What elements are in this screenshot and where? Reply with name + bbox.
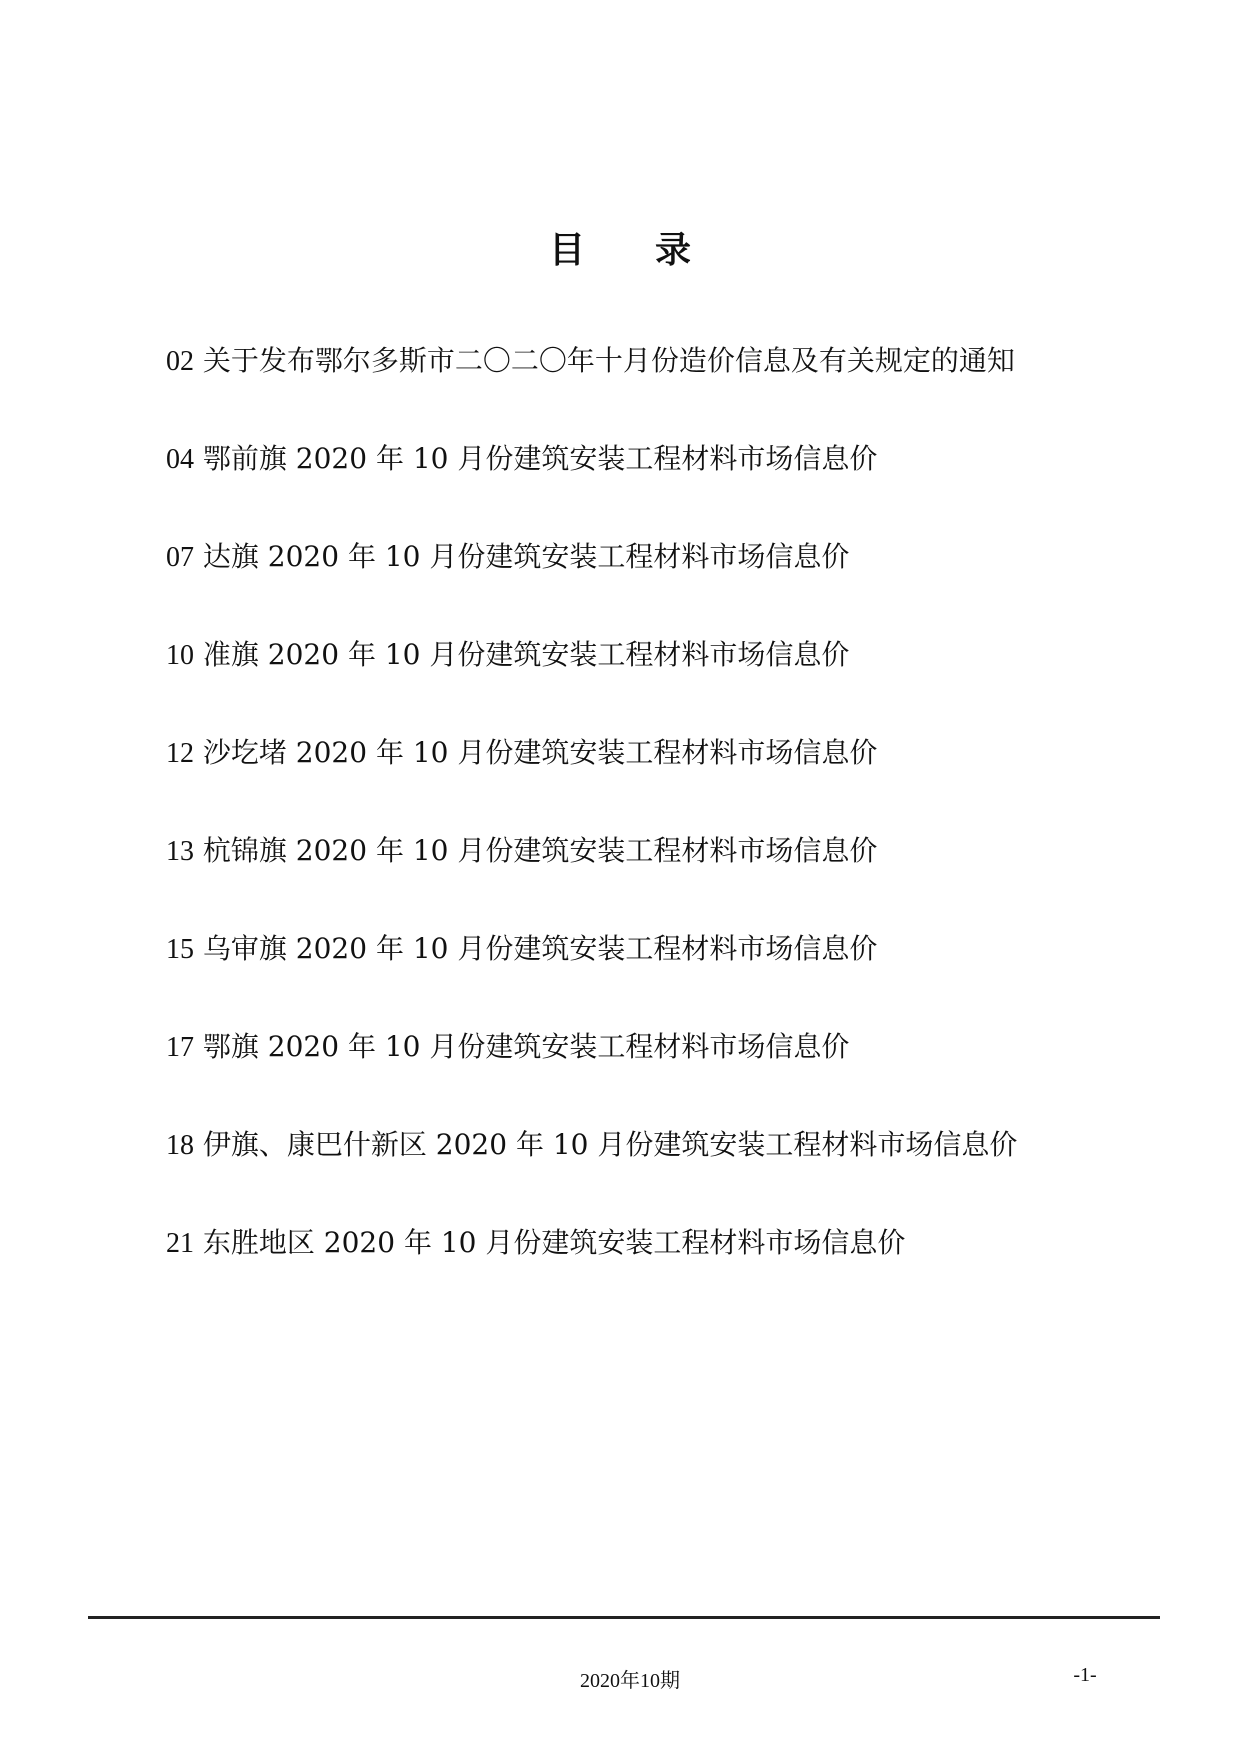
toc-page-number: 15	[166, 934, 194, 965]
toc-entry[interactable]: 18 伊旗、康巴什新区 2020 年 10 月份建筑安装工程材料市场信息价	[166, 1122, 1017, 1220]
page-title: 目录	[0, 222, 1240, 273]
toc-entry[interactable]: 12 沙圪堵 2020 年 10 月份建筑安装工程材料市场信息价	[166, 730, 1017, 828]
toc-page-number: 17	[166, 1032, 194, 1063]
footer-page-number: -1-	[1060, 1664, 1110, 1687]
toc-page-number: 02	[166, 346, 194, 377]
toc-entry[interactable]: 17 鄂旗 2020 年 10 月份建筑安装工程材料市场信息价	[166, 1024, 1017, 1122]
toc-entry-title: 鄂旗 2020 年 10 月份建筑安装工程材料市场信息价	[203, 1030, 850, 1063]
toc-page-number: 12	[166, 738, 194, 769]
toc-entry-title: 鄂前旗 2020 年 10 月份建筑安装工程材料市场信息价	[203, 442, 878, 475]
table-of-contents: 02 关于发布鄂尔多斯市二〇二〇年十月份造价信息及有关规定的通知 04 鄂前旗 …	[166, 338, 1017, 1318]
toc-entry[interactable]: 04 鄂前旗 2020 年 10 月份建筑安装工程材料市场信息价	[166, 436, 1017, 534]
toc-entry-title: 关于发布鄂尔多斯市二〇二〇年十月份造价信息及有关规定的通知	[203, 344, 1015, 377]
title-char-2: 录	[655, 222, 691, 273]
toc-entry[interactable]: 10 准旗 2020 年 10 月份建筑安装工程材料市场信息价	[166, 632, 1017, 730]
toc-entry-title: 杭锦旗 2020 年 10 月份建筑安装工程材料市场信息价	[203, 834, 878, 867]
toc-entry-title: 东胜地区 2020 年 10 月份建筑安装工程材料市场信息价	[203, 1226, 906, 1259]
footer-issue-label: 2020年10期	[560, 1664, 700, 1693]
toc-entry[interactable]: 21 东胜地区 2020 年 10 月份建筑安装工程材料市场信息价	[166, 1220, 1017, 1318]
toc-entry-title: 乌审旗 2020 年 10 月份建筑安装工程材料市场信息价	[203, 932, 878, 965]
toc-entry-title: 沙圪堵 2020 年 10 月份建筑安装工程材料市场信息价	[203, 736, 878, 769]
toc-page-number: 10	[166, 640, 194, 671]
title-char-1: 目	[549, 222, 585, 273]
toc-page-number: 04	[166, 444, 194, 475]
footer-divider	[88, 1616, 1160, 1619]
toc-page-number: 13	[166, 836, 194, 867]
toc-entry[interactable]: 15 乌审旗 2020 年 10 月份建筑安装工程材料市场信息价	[166, 926, 1017, 1024]
toc-page-number: 07	[166, 542, 194, 573]
toc-page-number: 21	[166, 1228, 194, 1259]
toc-entry-title: 伊旗、康巴什新区 2020 年 10 月份建筑安装工程材料市场信息价	[203, 1128, 1018, 1161]
toc-entry[interactable]: 02 关于发布鄂尔多斯市二〇二〇年十月份造价信息及有关规定的通知	[166, 338, 1017, 436]
toc-entry[interactable]: 07 达旗 2020 年 10 月份建筑安装工程材料市场信息价	[166, 534, 1017, 632]
toc-entry[interactable]: 13 杭锦旗 2020 年 10 月份建筑安装工程材料市场信息价	[166, 828, 1017, 926]
toc-page-number: 18	[166, 1130, 194, 1161]
toc-entry-title: 达旗 2020 年 10 月份建筑安装工程材料市场信息价	[203, 540, 850, 573]
toc-entry-title: 准旗 2020 年 10 月份建筑安装工程材料市场信息价	[203, 638, 850, 671]
